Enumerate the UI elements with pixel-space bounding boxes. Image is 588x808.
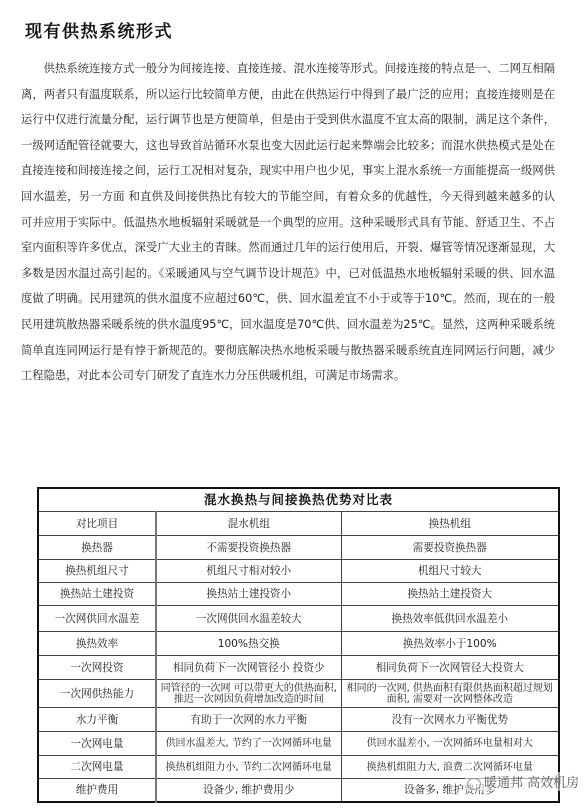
table-row: 换热效率 100%热交换 换热效率小于100% xyxy=(38,632,559,656)
table-caption-row: 混水换热与间接换热优势对比表 xyxy=(38,488,559,512)
table-header-row: 对比项目 混水机组 换热机组 xyxy=(38,512,559,536)
row-label: 一次网供回水温差 xyxy=(38,606,156,632)
row-exchange-value: 换热效率小于100% xyxy=(341,632,559,656)
page-title: 现有供热系统形式 xyxy=(25,17,173,42)
row-label: 换热器 xyxy=(38,536,156,560)
source-watermark: 暖通邦 高效机房 xyxy=(465,772,581,791)
row-mixing-value: 设备少, 维护费用少 xyxy=(156,779,341,802)
row-mixing-value: 相同负荷下一次网管径小 投资少 xyxy=(156,656,341,680)
row-label: 一次网电量 xyxy=(38,732,156,756)
header-cell-mixing: 混水机组 xyxy=(156,512,341,536)
table-row: 换热器 不需要投资换热器 需要投资换热器 xyxy=(38,536,559,560)
row-label: 维护费用 xyxy=(38,779,156,802)
table-row: 换热机组尺寸 机组尺寸相对较小 机组尺寸较大 xyxy=(38,560,559,583)
row-label: 换热站土建投资 xyxy=(38,583,156,606)
row-exchange-value: 机组尺寸较大 xyxy=(341,560,559,583)
row-exchange-value: 相同负荷下一次网管径大投资大 xyxy=(341,656,559,680)
row-exchange-value: 换热效率低供回水温差小 xyxy=(341,606,559,632)
row-mixing-value: 100%热交换 xyxy=(156,632,341,656)
table-row: 一次网电量 供回水温差大, 节约了一次网循环电量 供回水温差小, 一次网循环电量… xyxy=(38,732,559,756)
row-label: 一次网供热能力 xyxy=(38,680,156,708)
row-mixing-value: 一次网供回水温差较大 xyxy=(156,606,341,632)
header-cell-exchange: 换热机组 xyxy=(341,512,559,536)
table-row: 换热站土建投资 换热站土建投资小 换热站土建投资大 xyxy=(38,583,559,606)
row-exchange-value: 相同的一次网, 供热面积有限供热面积超过规划面积, 需要对一次网整体改造 xyxy=(341,680,559,708)
wechat-icon xyxy=(467,778,481,790)
table-row: 一次网投资 相同负荷下一次网管径小 投资少 相同负荷下一次网管径大投资大 xyxy=(38,656,559,680)
row-exchange-value: 换热站土建投资大 xyxy=(341,583,559,606)
row-mixing-value: 换热站土建投资小 xyxy=(156,583,341,606)
row-exchange-value: 需要投资换热器 xyxy=(341,536,559,560)
row-label: 一次网投资 xyxy=(38,656,156,680)
row-mixing-value: 供回水温差大, 节约了一次网循环电量 xyxy=(156,732,341,756)
table-row: 一次网供回水温差 一次网供回水温差较大 换热效率低供回水温差小 xyxy=(38,606,559,632)
intro-paragraph: 供热系统连接方式一般分为间接连接、直接连接、混水连接等形式。间接连接的特点是一、… xyxy=(21,56,555,389)
table-caption: 混水换热与间接换热优势对比表 xyxy=(38,488,559,512)
table-row: 一次网供热能力 同管径的一次网 可以带更大的供热面积, 推迟一次网因负荷增加改造… xyxy=(38,680,559,708)
header-cell-item: 对比项目 xyxy=(38,512,156,536)
row-mixing-value: 换热机组阻力小, 节约二次网循环电量 xyxy=(156,756,341,779)
row-label: 换热效率 xyxy=(38,632,156,656)
row-exchange-value: 没有一次网水力平衡优势 xyxy=(341,708,559,732)
row-exchange-value: 供回水温差小, 一次网循环电量相对大 xyxy=(341,732,559,756)
intro-paragraph-block: 供热系统连接方式一般分为间接连接、直接连接、混水连接等形式。间接连接的特点是一、… xyxy=(21,56,555,389)
row-mixing-value: 机组尺寸相对较小 xyxy=(156,560,341,583)
watermark-text: 暖通邦 高效机房 xyxy=(484,776,579,791)
table-row: 水力平衡 有助于一次网的水力平衡 没有一次网水力平衡优势 xyxy=(38,708,559,732)
row-mixing-value: 同管径的一次网 可以带更大的供热面积, 推迟一次网因负荷增加改造的时间 xyxy=(156,680,341,708)
row-mixing-value: 不需要投资换热器 xyxy=(156,536,341,560)
row-label: 二次网电量 xyxy=(38,756,156,779)
row-mixing-value: 有助于一次网的水力平衡 xyxy=(156,708,341,732)
row-label: 水力平衡 xyxy=(38,708,156,732)
comparison-table: 混水换热与间接换热优势对比表 对比项目 混水机组 换热机组 换热器 不需要投资换… xyxy=(37,487,560,803)
row-label: 换热机组尺寸 xyxy=(38,560,156,583)
